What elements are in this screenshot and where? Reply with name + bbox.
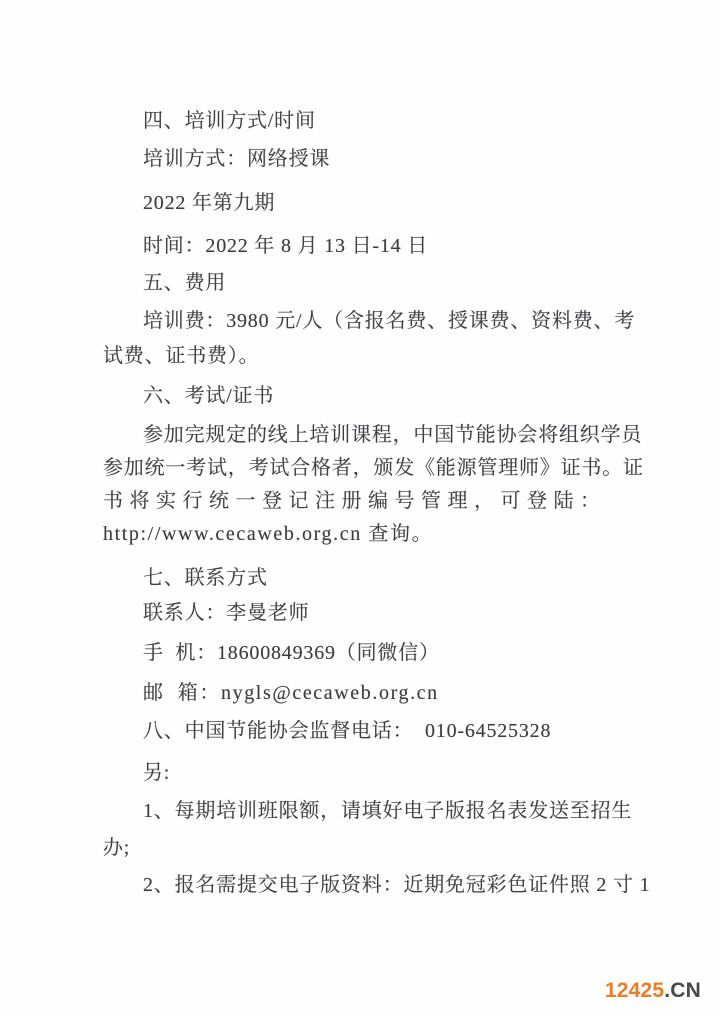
doc-line-section6-heading: 六、考试/证书 xyxy=(143,383,660,409)
doc-line-note1-2: 办; xyxy=(103,835,660,861)
doc-line-fee-2: 试费、证书费）。 xyxy=(103,343,660,369)
doc-line-section5-heading: 五、费用 xyxy=(143,270,660,296)
doc-line-section8-supervision-phone: 八、中国节能协会监督电话： 010-64525328 xyxy=(143,718,660,744)
doc-line-exam-2: 参加统一考试，考试合格者，颁发《能源管理师》证书。证 xyxy=(103,455,660,481)
watermark-tld: .CN xyxy=(664,979,701,1002)
doc-line-additional: 另: xyxy=(143,760,660,786)
doc-line-note2: 2、报名需提交电子版资料：近期免冠彩色证件照 2 寸 1 xyxy=(143,872,660,898)
doc-line-time: 时间：2022 年 8 月 13 日-14 日 xyxy=(143,233,660,259)
doc-line-note1-1: 1、每期培训班限额，请填好电子版报名表发送至招生 xyxy=(143,798,660,824)
doc-line-exam-3: 书将实行统一登记注册编号管理，可登陆： xyxy=(103,488,660,514)
doc-line-exam-1: 参加完规定的线上培训课程，中国节能协会将组织学员 xyxy=(143,422,660,448)
doc-line-session: 2022 年第九期 xyxy=(143,190,660,216)
doc-line-training-method: 培训方式：网络授课 xyxy=(143,146,660,172)
watermark: 12425.CN xyxy=(605,980,701,1001)
document-page: 四、培训方式/时间 培训方式：网络授课 2022 年第九期 时间：2022 年 … xyxy=(0,0,720,1017)
doc-line-email: 邮 箱：nygls@cecaweb.org.cn xyxy=(143,680,660,706)
doc-line-fee-1: 培训费：3980 元/人（含报名费、授课费、资料费、考 xyxy=(143,308,660,334)
doc-line-website-url: http://www.cecaweb.org.cn 查询。 xyxy=(103,521,660,547)
watermark-brand-number: 12425 xyxy=(605,979,664,1002)
doc-line-contact-person: 联系人：李曼老师 xyxy=(143,600,660,626)
doc-line-phone: 手 机：18600849369（同微信） xyxy=(143,640,660,666)
doc-line-section4-heading: 四、培训方式/时间 xyxy=(143,108,660,134)
doc-line-section7-heading: 七、联系方式 xyxy=(143,565,660,591)
